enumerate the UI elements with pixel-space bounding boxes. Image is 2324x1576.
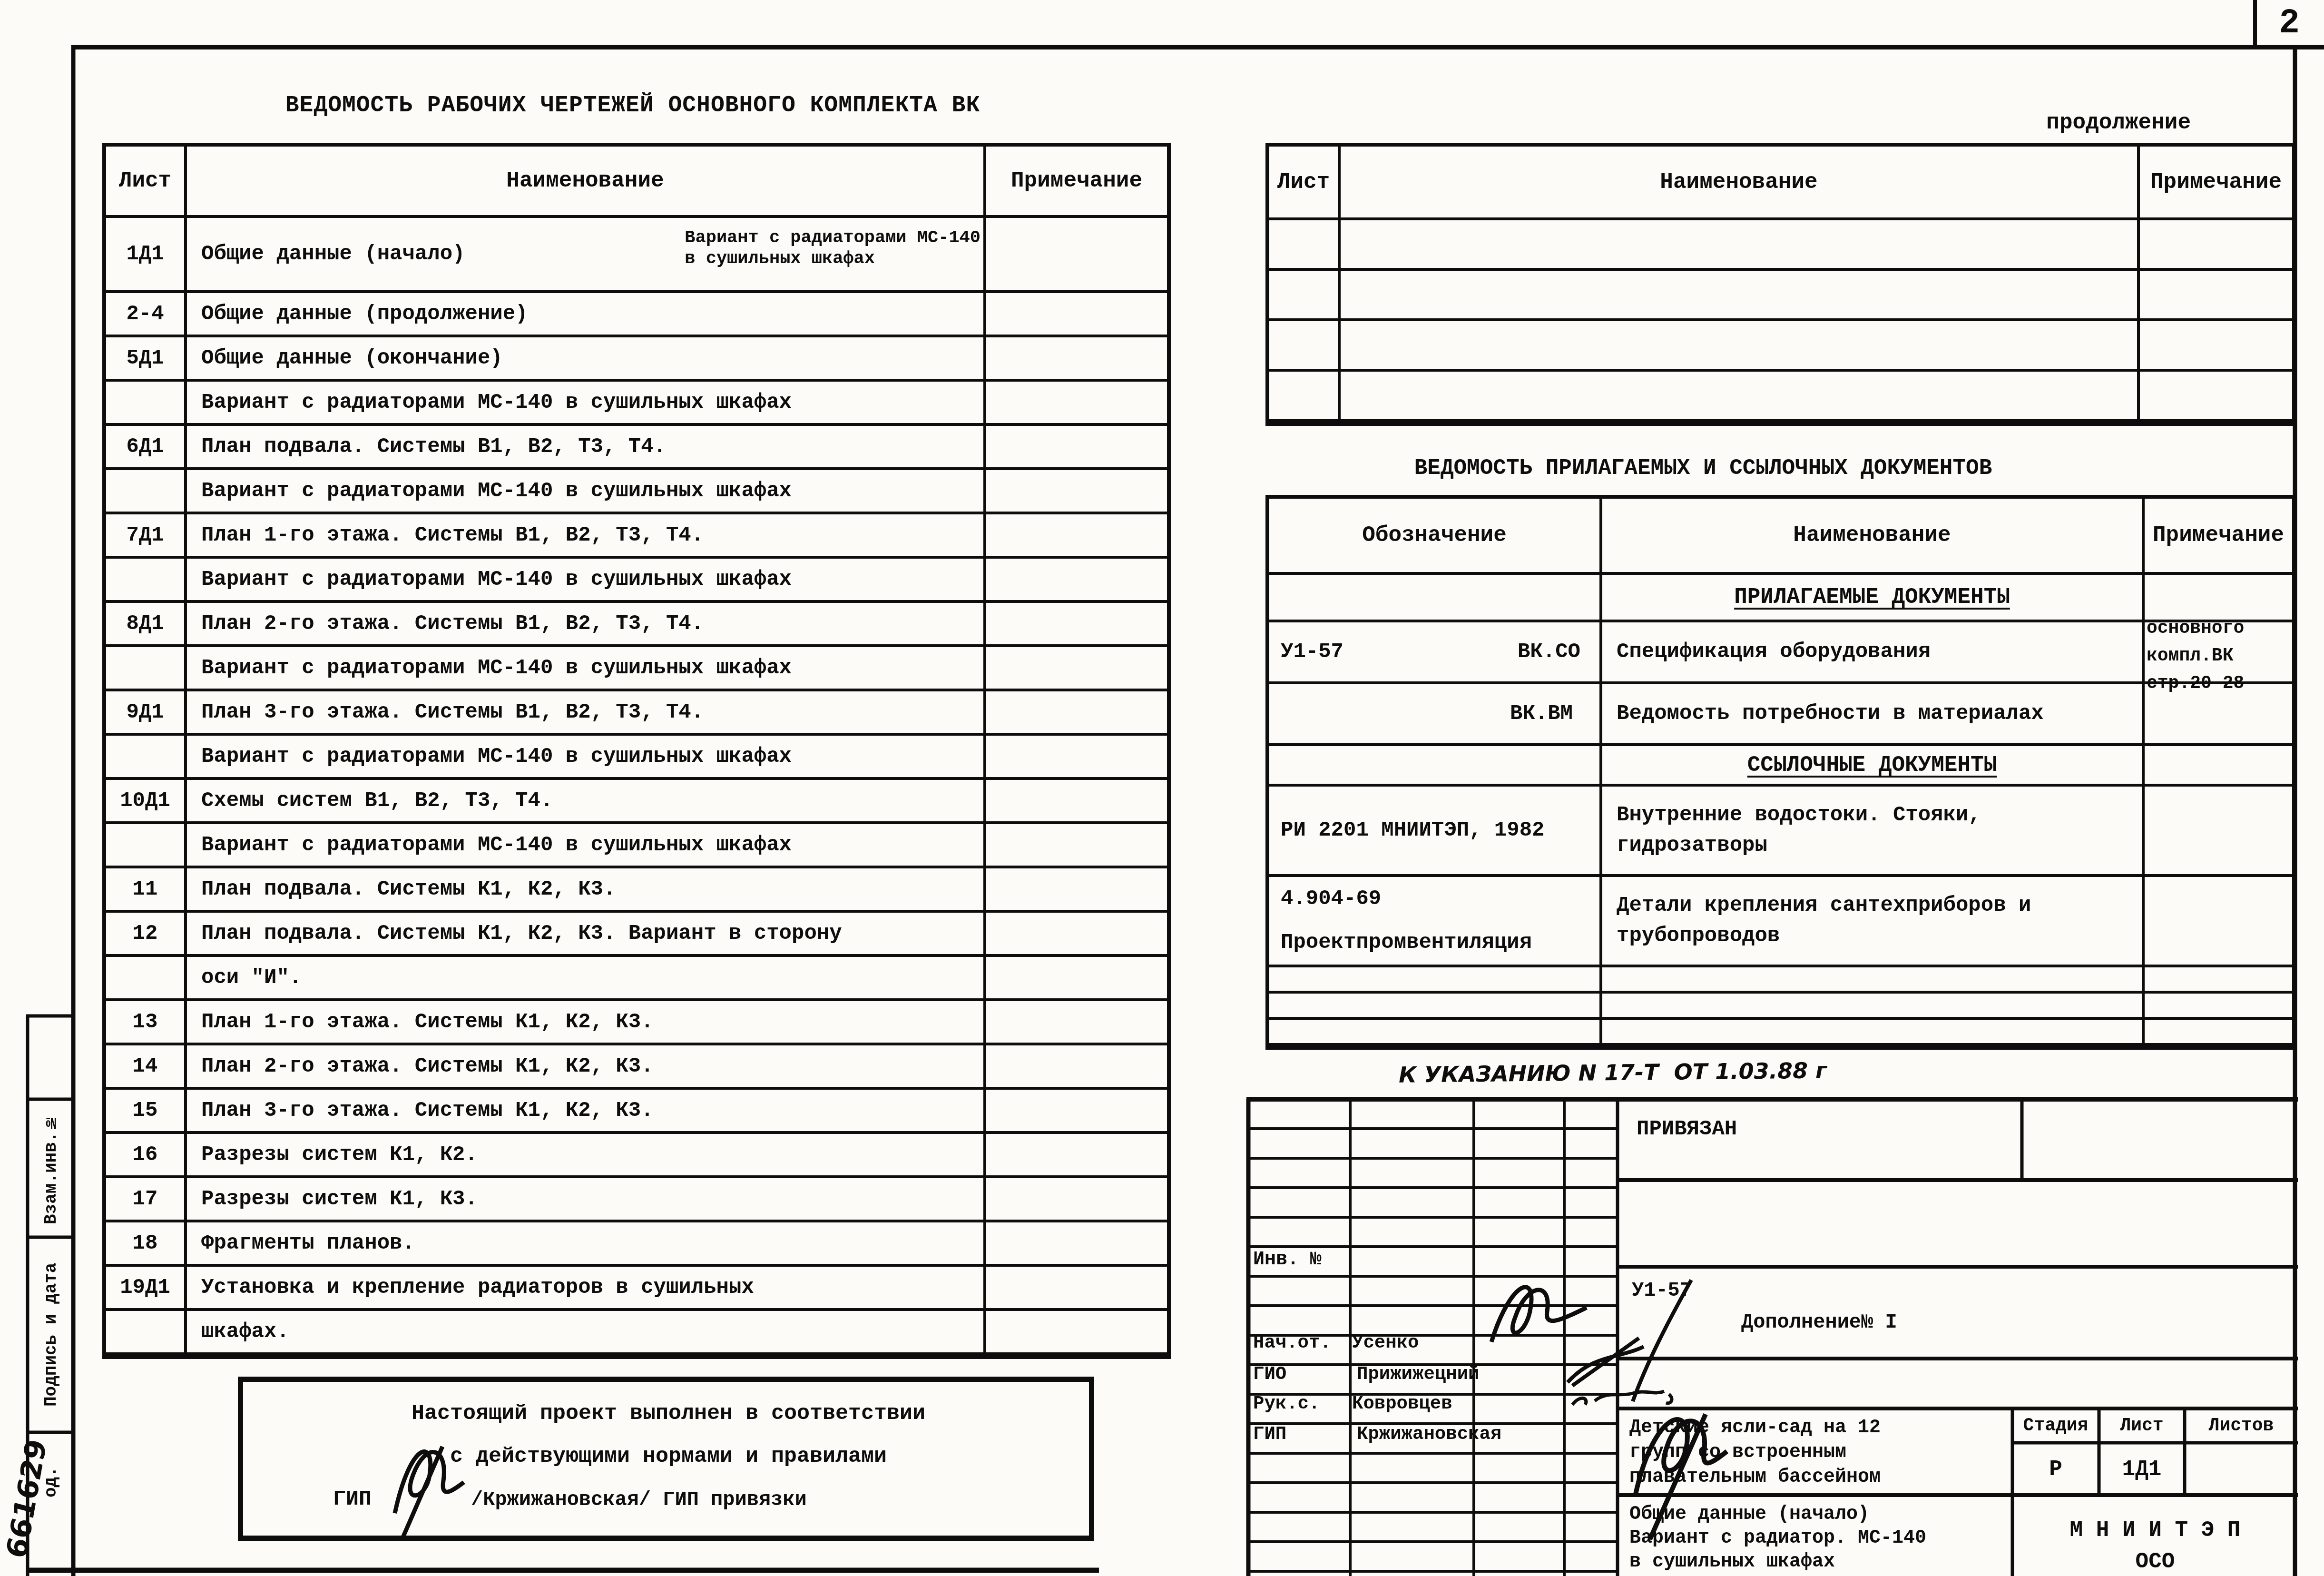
note-cell <box>986 1134 1167 1178</box>
col-header-name: Наименование <box>187 147 986 218</box>
drawing-name-cell: Вариант с радиаторами МС-140 в сушильных… <box>187 647 986 691</box>
empty-cell <box>2140 372 2292 422</box>
empty-cell <box>2140 220 2292 271</box>
note-cell <box>986 1222 1167 1267</box>
drawing-name: Вариант с радиаторами МС-140 в сушильных… <box>201 656 792 680</box>
doc-name-cell: Внутренние водостоки. Стояки, гидрозатво… <box>1602 787 2145 877</box>
empty-cell <box>1269 746 1602 787</box>
drawing-name: Вариант с радиаторами МС-140 в сушильных… <box>201 391 792 414</box>
empty-cell <box>1269 994 1602 1020</box>
sheet-number-cell <box>106 957 187 1001</box>
sheet-number-cell: 17 <box>106 1178 187 1222</box>
drawing-name: Общие данные (окончание) <box>201 346 503 370</box>
section-referenced-docs: ССЫЛОЧНЫЕ ДОКУМЕНТЫ <box>1602 746 2145 787</box>
empty-cell <box>1341 271 2140 321</box>
section-attached-docs: ПРИЛАГАЕМЫЕ ДОКУМЕНТЫ <box>1602 575 2145 622</box>
sheet-number-cell: 15 <box>106 1090 187 1134</box>
sheet-number-cell: 12 <box>106 913 187 957</box>
drawing-name-cell: Установка и крепление радиаторов в сушил… <box>187 1267 986 1311</box>
section-attached-label: ПРИЛАГАЕМЫЕ ДОКУМЕНТЫ <box>1734 585 2010 610</box>
sheet-number-cell: 10Д1 <box>106 780 187 824</box>
note-cell <box>986 913 1167 957</box>
drawing-name-cell: План 3-го этажа. Системы В1, В2, Т3, Т4. <box>187 691 986 736</box>
empty-cell <box>1341 220 2140 271</box>
drawing-name: План подвала. Системы В1, В2, Т3, Т4. <box>201 435 666 459</box>
stamp-signer-role-2: ГИО <box>1253 1364 1286 1385</box>
col-header-note: Примечание <box>986 147 1167 218</box>
stamp-inv-label: Инв. № <box>1253 1249 1322 1271</box>
signature-usenko <box>1491 1287 1587 1342</box>
drawing-name-cell: Вариант с радиаторами МС-140 в сушильных… <box>187 470 986 514</box>
col-header-note: Примечание <box>2145 499 2292 575</box>
drawing-name-cell: Вариант с радиаторами МС-140 в сушильных… <box>187 382 986 426</box>
note-cell <box>986 957 1167 1001</box>
sheet-number-cell: 18 <box>106 1222 187 1267</box>
stamp-privyazan: ПРИВЯЗАН <box>1637 1117 1737 1142</box>
stamp-stage-value: Р <box>2012 1457 2099 1482</box>
attached-referenced-docs-table: Обозначение Наименование Примечание ПРИЛ… <box>1265 495 2296 1050</box>
sheet-number-cell <box>106 470 187 514</box>
margin-label-podpis: Подпись и дата <box>29 1240 74 1430</box>
conformity-note-line1: Настоящий проект выполнен в соответствии <box>266 1401 1070 1426</box>
drawing-name-cell: оси "И". <box>187 957 986 1001</box>
note-cell <box>2145 787 2292 877</box>
note-cell <box>986 1045 1167 1090</box>
drawing-name-cell: Вариант с радиаторами МС-140 в сушильных… <box>187 824 986 868</box>
handwritten-directive-note: К УКАЗАНИЮ N 17-Т ОТ 1.03.88 г <box>1399 1058 1827 1087</box>
drawing-name-cell: План 3-го этажа. Системы К1, К2, К3. <box>187 1090 986 1134</box>
drawing-name: Установка и крепление радиаторов в сушил… <box>201 1276 754 1300</box>
stamp-department: ОСО <box>2012 1549 2298 1575</box>
empty-cell <box>1602 1020 2145 1046</box>
col-header-sheet: Лист <box>1269 147 1341 220</box>
note-cell <box>986 1267 1167 1311</box>
stamp-organization: М Н И И Т Э П <box>2012 1518 2298 1543</box>
note-cell <box>986 691 1167 736</box>
sheet-number-cell: 13 <box>106 1001 187 1045</box>
drawing-name-cell: Вариант с радиаторами МС-140 в сушильных… <box>187 559 986 603</box>
drawing-name: План 2-го этажа. Системы В1, В2, Т3, Т4. <box>201 612 704 636</box>
drawing-name-cell: Фрагменты планов. <box>187 1222 986 1267</box>
col-header-designation: Обозначение <box>1269 499 1602 575</box>
note-cell <box>986 293 1167 337</box>
drawing-name: План подвала. Системы К1, К2, К3. <box>201 877 616 901</box>
drawing-name: План подвала. Системы К1, К2, К3. Вариан… <box>201 922 842 946</box>
main-table-title: ВЕДОМОСТЬ РАБОЧИХ ЧЕРТЕЖЕЙ ОСНОВНОГО КОМ… <box>102 93 1163 119</box>
stamp-sheet-header: Лист <box>2099 1416 2185 1437</box>
designation-set: ВК.СО <box>1518 640 1580 664</box>
designation-cell: 4.904-69 Проектпромвентиляция <box>1269 877 1602 967</box>
empty-cell <box>2145 746 2292 787</box>
note-cell <box>2145 877 2292 967</box>
drawing-name-cell: Вариант с радиаторами МС-140 в сушильных… <box>187 736 986 780</box>
note-cell <box>986 1090 1167 1134</box>
stamp-signer-name-2: Прижижецний <box>1357 1364 1479 1385</box>
page-number: 2 <box>2256 4 2323 43</box>
drawing-name: План 1-го этажа. Системы В1, В2, Т3, Т4. <box>201 523 704 547</box>
drawing-name: Вариант с радиаторами МС-140 в сушильных… <box>201 479 792 503</box>
drawing-name-cell: Схемы систем В1, В2, Т3, Т4. <box>187 780 986 824</box>
drawing-name: Схемы систем В1, В2, Т3, Т4. <box>201 789 553 813</box>
row1-variant-annotation: Вариант с радиаторами МС-140 в сушильных… <box>685 227 981 269</box>
docs-note-spanning: основного компл.ВК стр.20-28 <box>2147 615 2289 698</box>
empty-cell <box>2145 994 2292 1020</box>
note-cell <box>986 218 1167 293</box>
note-cell <box>986 514 1167 559</box>
sheet-number-cell: 5Д1 <box>106 337 187 382</box>
drawing-name-cell: План подвала. Системы К1, К2, К3. <box>187 868 986 913</box>
drawing-name-cell: Разрезы систем К1, К3. <box>187 1178 986 1222</box>
drawing-name: Разрезы систем К1, К3. <box>201 1187 478 1211</box>
stamp-stage-header: Стадия <box>2012 1416 2099 1437</box>
note-cell <box>986 337 1167 382</box>
drawing-name-cell: План 2-го этажа. Системы К1, К2, К3. <box>187 1045 986 1090</box>
drawing-name: шкафах. <box>201 1320 289 1344</box>
sheet-number-cell <box>106 647 187 691</box>
stamp-sheets-header: Листов <box>2185 1416 2298 1437</box>
empty-cell <box>1269 271 1341 321</box>
note-cell <box>986 470 1167 514</box>
drawing-name-cell: Общие данные (продолжение) <box>187 293 986 337</box>
stamp-signer-name-3: Ковровцев <box>1352 1393 1452 1415</box>
sheet-number-cell: 14 <box>106 1045 187 1090</box>
sheet-number-cell <box>106 736 187 780</box>
note-cell <box>986 736 1167 780</box>
note-cell <box>986 603 1167 647</box>
sheet-number-cell: 19Д1 <box>106 1267 187 1311</box>
sheet-number-cell: 2-4 <box>106 293 187 337</box>
doc-name-cell: Ведомость потребности в материалах <box>1602 684 2145 746</box>
section-referenced-label: ССЫЛОЧНЫЕ ДОКУМЕНТЫ <box>1747 753 1997 778</box>
empty-cell <box>2140 321 2292 372</box>
sheet-number-cell: 9Д1 <box>106 691 187 736</box>
note-cell <box>986 647 1167 691</box>
stamp-doc-code: У1-57 <box>1632 1279 1692 1302</box>
sheet-number-cell: 7Д1 <box>106 514 187 559</box>
empty-cell <box>2140 271 2292 321</box>
sheet-number-cell <box>106 1311 187 1355</box>
doc-name-cell: Спецификация оборудования <box>1602 622 2145 684</box>
note-cell <box>986 780 1167 824</box>
empty-cell <box>2145 967 2292 994</box>
conformity-note-line2: с действующими нормами и правилами <box>266 1444 1070 1469</box>
col-header-sheet: Лист <box>106 147 187 218</box>
drawing-name: План 3-го этажа. Системы К1, К2, К3. <box>201 1099 654 1123</box>
drawing-name: Фрагменты планов. <box>201 1231 415 1255</box>
drawing-name: Вариант с радиаторами МС-140 в сушильных… <box>201 833 792 857</box>
designation-cell: РИ 2201 МНИИТЭП, 1982 <box>1269 787 1602 877</box>
designation-code: У1-57 <box>1281 640 1343 664</box>
drawing-name: Вариант с радиаторами МС-140 в сушильных… <box>201 568 792 591</box>
drawing-name-cell: Общие данные (начало)Вариант с радиатора… <box>187 218 986 293</box>
sheet-number-cell <box>106 559 187 603</box>
continuation-label: продолжение <box>1265 110 2191 136</box>
drawing-name-cell: План 1-го этажа. Системы В1, В2, Т3, Т4. <box>187 514 986 559</box>
stamp-signer-role-3: Рук.с. <box>1253 1393 1320 1415</box>
continuation-table: Лист Наименование Примечание <box>1265 143 2296 426</box>
note-cell <box>986 1178 1167 1222</box>
drawing-name-cell: План 1-го этажа. Системы К1, К2, К3. <box>187 1001 986 1045</box>
note-cell <box>986 824 1167 868</box>
drawing-name-cell: План 2-го этажа. Системы В1, В2, Т3, Т4. <box>187 603 986 647</box>
sheet-number-cell: 6Д1 <box>106 426 187 470</box>
empty-cell <box>2145 1020 2292 1046</box>
margin-label-vzam: Взам.инв.№ <box>29 1102 74 1235</box>
designation-cell: У1-57 ВК.СО <box>1269 622 1602 684</box>
note-cell <box>986 1311 1167 1355</box>
empty-cell <box>1269 372 1341 422</box>
stamp-signer-role-1: Нач.от. <box>1253 1332 1331 1354</box>
drawing-name-cell: Общие данные (окончание) <box>187 337 986 382</box>
sheet-number-cell: 16 <box>106 1134 187 1178</box>
stamp-supplement: Дополнение№ I <box>1741 1311 1897 1334</box>
col-header-note: Примечание <box>2140 147 2292 220</box>
note-cell <box>986 1001 1167 1045</box>
drawing-name-cell: План подвала. Системы К1, К2, К3. Вариан… <box>187 913 986 957</box>
docs-table-title: ВЕДОМОСТЬ ПРИЛАГАЕМЫХ И ССЫЛОЧНЫХ ДОКУМЕ… <box>1265 456 2141 481</box>
empty-cell <box>1269 1020 1602 1046</box>
doc-name-cell: Детали крепления сантехприборов и трубоп… <box>1602 877 2145 967</box>
stamp-signer-role-4: ГИП <box>1253 1424 1286 1445</box>
drawing-name: План 3-го этажа. Системы В1, В2, Т3, Т4. <box>201 700 704 724</box>
conformity-note-sign-role: ГИП <box>333 1487 372 1512</box>
drawing-name: оси "И". <box>201 966 302 990</box>
empty-cell <box>1269 321 1341 372</box>
stamp-signer-name-1: Усенко <box>1352 1332 1419 1354</box>
working-drawings-table: Лист Наименование Примечание 1Д1 Общие д… <box>102 143 1171 1359</box>
stamp-project-name: Детские ясли-сад на 12 групп со встроенн… <box>1629 1416 1881 1490</box>
designation-set: ВК.ВМ <box>1510 702 1573 726</box>
drawing-name: План 2-го этажа. Системы К1, К2, К3. <box>201 1054 654 1078</box>
empty-cell <box>1602 994 2145 1020</box>
note-cell <box>986 382 1167 426</box>
drawing-name-cell: План подвала. Системы В1, В2, Т3, Т4. <box>187 426 986 470</box>
empty-cell <box>1602 967 2145 994</box>
empty-cell <box>1341 372 2140 422</box>
empty-cell <box>1269 575 1602 622</box>
col-header-name: Наименование <box>1341 147 2140 220</box>
note-cell <box>986 559 1167 603</box>
note-cell <box>986 868 1167 913</box>
stamp-sheet-title: Общие данные (начало) Вариант с радиатор… <box>1629 1503 1926 1574</box>
drawing-name: Разрезы систем К1, К2. <box>201 1143 478 1167</box>
stamp-sheet-value: 1Д1 <box>2099 1457 2185 1482</box>
empty-cell <box>1269 220 1341 271</box>
scanned-blueprint-sheet: 2 Взам.инв.№ Подпись и дата од. 661629 В… <box>0 0 2324 1576</box>
conformity-note-sign-name: /Кржижановская/ ГИП привязки <box>471 1488 807 1511</box>
empty-cell <box>1341 321 2140 372</box>
sheet-number-cell: 1Д1 <box>106 218 187 293</box>
empty-cell <box>1269 967 1602 994</box>
col-header-name: Наименование <box>1602 499 2145 575</box>
note-cell <box>986 426 1167 470</box>
drawing-name: План 1-го этажа. Системы К1, К2, К3. <box>201 1010 654 1034</box>
drawing-name-cell: Разрезы систем К1, К2. <box>187 1134 986 1178</box>
drawing-name: Вариант с радиаторами МС-140 в сушильных… <box>201 745 792 768</box>
sheet-number-cell: 11 <box>106 868 187 913</box>
sheet-number-cell <box>106 382 187 426</box>
designation-cell: ВК.ВМ <box>1269 684 1602 746</box>
stamp-signer-name-4: Кржижановская <box>1357 1424 1501 1445</box>
sheet-number-cell <box>106 824 187 868</box>
sheet-number-cell: 8Д1 <box>106 603 187 647</box>
drawing-name-cell: шкафах. <box>187 1311 986 1355</box>
drawing-name: Общие данные (начало) <box>201 242 465 266</box>
drawing-name: Общие данные (продолжение) <box>201 302 528 326</box>
